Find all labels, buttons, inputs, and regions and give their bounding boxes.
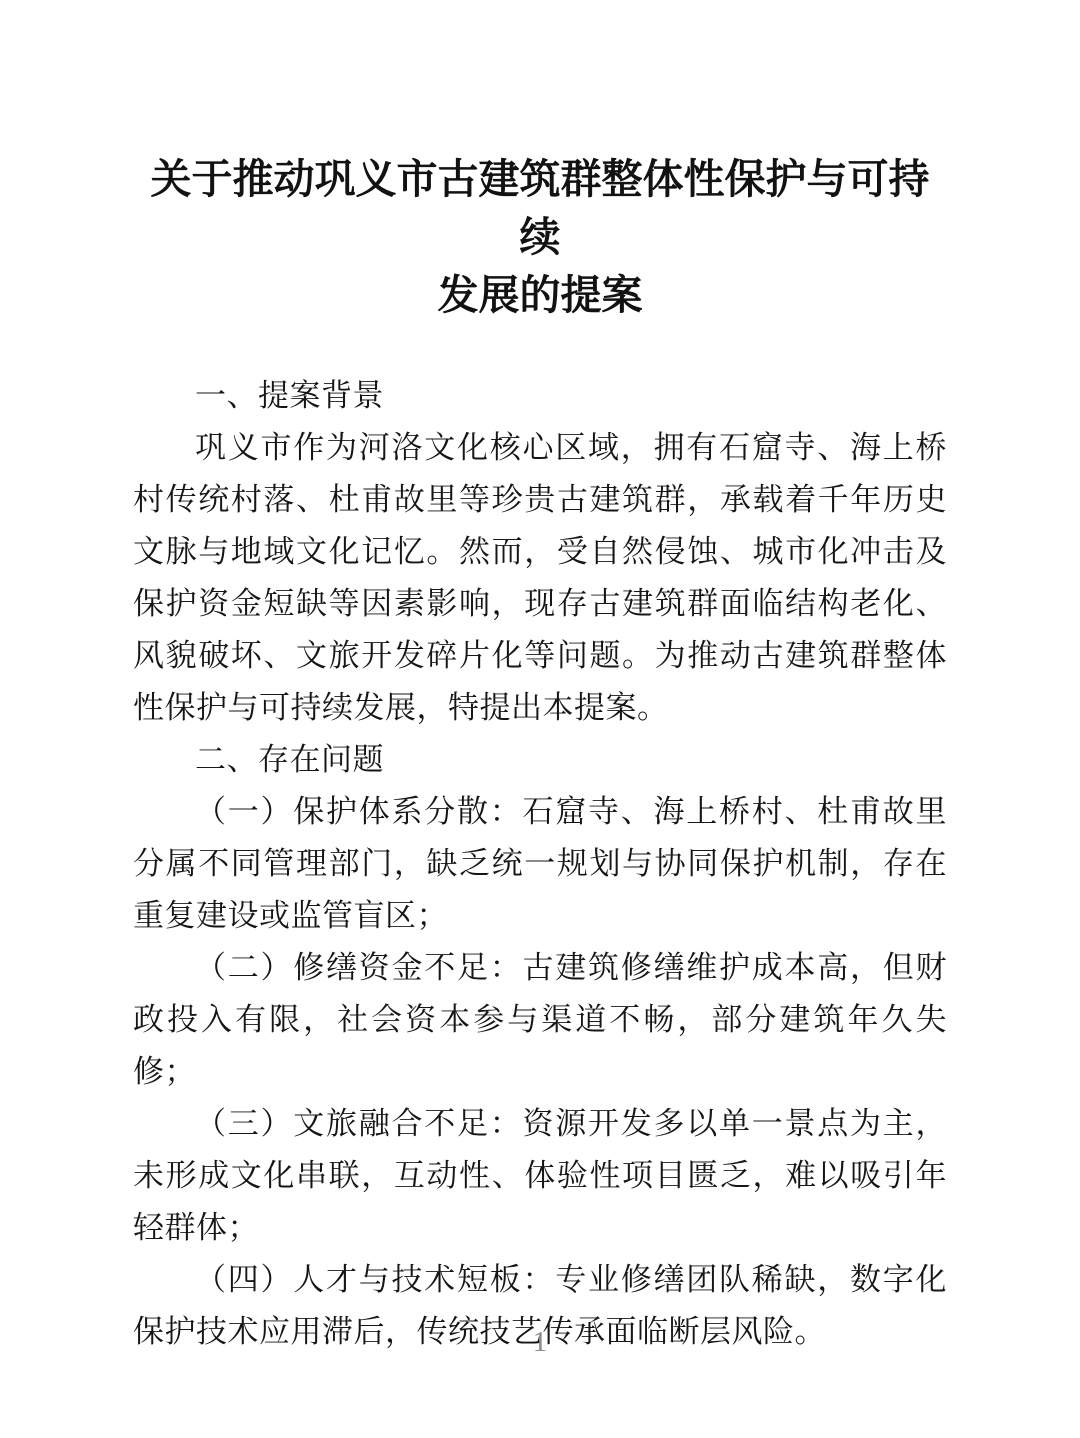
document-page: 关于推动巩义市古建筑群整体性保护与可持续发展的提案 一、提案背景 巩义市作为河洛… bbox=[0, 0, 1080, 1438]
paragraph-problem-1: （一）保护体系分散：石窟寺、海上桥村、杜甫故里分属不同管理部门，缺乏统一规划与协… bbox=[133, 786, 947, 942]
page-number: 1 bbox=[0, 1326, 1080, 1359]
paragraph-background: 巩义市作为河洛文化核心区域，拥有石窟寺、海上桥村传统村落、杜甫故里等珍贵古建筑群… bbox=[133, 422, 947, 734]
document-title-line-2: 发展的提案 bbox=[438, 272, 643, 318]
document-title-line-1: 关于推动巩义市古建筑群整体性保护与可持续 bbox=[151, 156, 930, 260]
section-heading-problems: 二、存在问题 bbox=[133, 734, 947, 786]
paragraph-problem-2: （二）修缮资金不足：古建筑修缮维护成本高，但财政投入有限，社会资本参与渠道不畅，… bbox=[133, 942, 947, 1098]
document-title: 关于推动巩义市古建筑群整体性保护与可持续发展的提案 bbox=[133, 150, 947, 324]
section-heading-background: 一、提案背景 bbox=[133, 370, 947, 422]
paragraph-problem-3: （三）文旅融合不足：资源开发多以单一景点为主，未形成文化串联，互动性、体验性项目… bbox=[133, 1098, 947, 1254]
